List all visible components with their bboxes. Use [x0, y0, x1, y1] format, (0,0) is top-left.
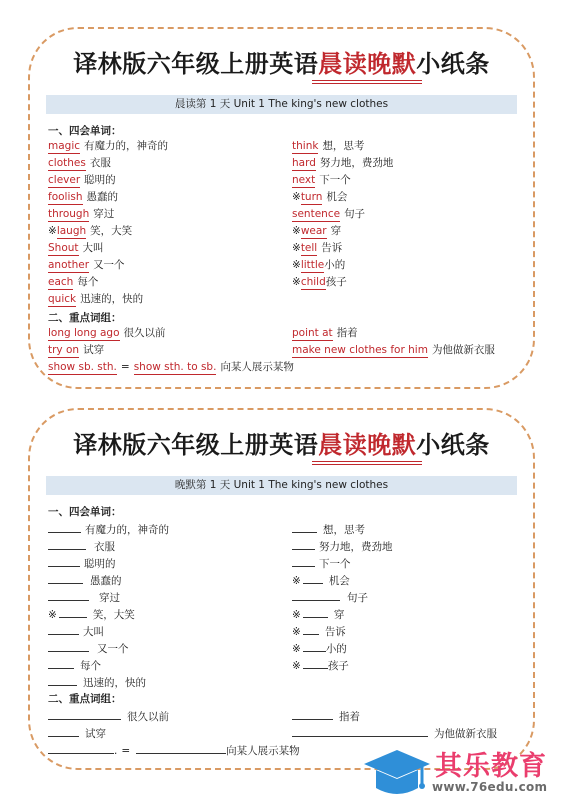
blank-item: 很久以前	[48, 708, 169, 724]
chinese-meaning: 孩子	[328, 660, 349, 672]
vocab-item: ※little小的	[292, 259, 345, 272]
vocab-item: hard努力地，费劲地	[292, 157, 393, 170]
section-vocabulary-heading: 一、四会单词：	[48, 504, 122, 519]
answer-blank[interactable]	[292, 708, 333, 720]
key-mark-icon: ※	[48, 609, 57, 621]
answer-blank[interactable]	[136, 742, 226, 754]
chinese-meaning: 机会	[329, 575, 350, 587]
english-word: clothes	[48, 157, 86, 171]
answer-blank[interactable]	[292, 725, 428, 737]
key-mark-icon: ※	[292, 225, 301, 237]
chinese-meaning: 聪明的	[84, 558, 116, 570]
blank-item: 衣服	[48, 538, 115, 554]
chinese-meaning: 愚蠢的	[90, 575, 122, 587]
english-phrase: make new clothes for him	[292, 344, 428, 358]
key-mark-icon: ※	[292, 660, 301, 672]
chinese-meaning: 为他做新衣服	[432, 344, 495, 356]
section-phrases-heading: 二、重点词组：	[48, 691, 122, 706]
chinese-meaning: 努力地，费劲地	[319, 541, 393, 553]
blank-item: 聪明的	[48, 555, 116, 571]
equals-sign: =	[121, 361, 130, 373]
answer-blank[interactable]	[303, 657, 328, 669]
phrase-item: point at指着	[292, 327, 358, 340]
vocab-item: ※tell告诉	[292, 242, 342, 255]
watermark-logo: 其乐教育 www.76edu.com	[362, 744, 562, 800]
english-word: little	[301, 259, 324, 273]
vocab-item: another又一个	[48, 259, 125, 272]
key-mark-icon: ※	[292, 191, 301, 203]
vocab-item: think想，思考	[292, 140, 364, 153]
chinese-meaning: 愚蠢的	[87, 191, 119, 203]
blank-item: 穿过	[48, 589, 120, 605]
vocab-item: ※child孩子	[292, 276, 347, 289]
answer-blank[interactable]	[59, 606, 87, 618]
blank-item: 努力地，费劲地	[292, 538, 393, 554]
english-phrase: long long ago	[48, 327, 120, 341]
answer-blank[interactable]	[48, 742, 114, 754]
chinese-meaning: 笑，大笑	[93, 609, 135, 621]
chinese-meaning: 句子	[344, 208, 365, 220]
english-word: clever	[48, 174, 80, 188]
title-prefix: 译林版六年级上册英语	[73, 431, 318, 459]
chinese-meaning: 下一个	[319, 174, 351, 186]
blank-item: ※孩子	[292, 657, 349, 673]
blank-item: 迅速的，快的	[48, 674, 146, 690]
blank-item: ※笑，大笑	[48, 606, 135, 622]
key-mark-icon: ※	[292, 626, 301, 638]
phrase-item: try on试穿	[48, 344, 104, 357]
english-word: turn	[301, 191, 323, 205]
phrase-item: long long ago很久以前	[48, 327, 166, 340]
blank-item: 愚蠢的	[48, 572, 122, 588]
key-mark-icon: ※	[292, 575, 301, 587]
chinese-meaning: 向某人展示某物	[226, 745, 300, 757]
blank-item: 又一个	[48, 640, 129, 656]
english-phrase: try on	[48, 344, 79, 358]
blank-item: ※小的	[292, 640, 347, 656]
equals-sign: =	[121, 745, 130, 757]
english-word: foolish	[48, 191, 83, 205]
answer-blank[interactable]	[48, 674, 77, 686]
english-word: through	[48, 208, 89, 222]
chinese-meaning: 小的	[324, 259, 345, 271]
graduation-cap-icon	[362, 746, 432, 800]
key-mark-icon: ※	[48, 225, 57, 237]
chinese-meaning: 试穿	[83, 344, 104, 356]
vocab-item: through穿过	[48, 208, 114, 221]
chinese-meaning: 衣服	[90, 157, 111, 169]
answer-blank[interactable]	[48, 657, 74, 669]
chinese-meaning: 有魔力的，神奇的	[84, 140, 168, 152]
evening-dictation-card: 译林版六年级上册英语晨读晚默小纸条 晚默第 1 天 Unit 1 The kin…	[28, 408, 535, 770]
english-word: Shout	[48, 242, 79, 256]
english-word: magic	[48, 140, 80, 154]
title-prefix: 译林版六年级上册英语	[73, 50, 318, 78]
key-mark-icon: ※	[292, 242, 301, 254]
chinese-meaning: 大叫	[83, 242, 104, 254]
chinese-meaning: 聪明的	[84, 174, 116, 186]
chinese-meaning: 很久以前	[124, 327, 166, 339]
brand-url: www.76edu.com	[432, 780, 547, 794]
answer-blank[interactable]	[303, 623, 319, 635]
answer-blank[interactable]	[303, 640, 326, 652]
answer-blank[interactable]	[48, 623, 79, 635]
chinese-meaning: 想，思考	[323, 524, 365, 536]
english-word: sentence	[292, 208, 340, 222]
chinese-meaning: 机会	[326, 191, 347, 203]
blank-item: 句子	[292, 589, 368, 605]
answer-blank[interactable]	[292, 555, 315, 567]
chinese-meaning: 穿	[331, 225, 342, 237]
blank-item: 指着	[292, 708, 360, 724]
chinese-meaning: 又一个	[97, 643, 129, 655]
title-suffix: 小纸条	[416, 431, 490, 459]
blank-item: 试穿	[48, 725, 106, 741]
chinese-meaning: 下一个	[319, 558, 351, 570]
english-phrase: show sb. sth.	[48, 361, 117, 375]
title-highlight: 晨读晚默	[318, 44, 416, 79]
card-title: 译林版六年级上册英语晨读晚默小纸条	[30, 425, 533, 460]
chinese-meaning: 句子	[347, 592, 368, 604]
vocab-item: sentence句子	[292, 208, 365, 221]
chinese-meaning: 很久以前	[127, 711, 169, 723]
day-unit-header: 晚默第 1 天 Unit 1 The king's new clothes	[46, 476, 517, 495]
vocab-item: ※laugh笑，大笑	[48, 225, 132, 238]
chinese-meaning: 大叫	[83, 626, 104, 638]
morning-reading-card: 译林版六年级上册英语晨读晚默小纸条 晨读第 1 天 Unit 1 The kin…	[28, 27, 535, 389]
title-suffix: 小纸条	[416, 50, 490, 78]
chinese-meaning: 迅速的，快的	[83, 677, 146, 689]
english-word: think	[292, 140, 318, 154]
phrase-item: show sb. sth.=show sth. to sb.向某人展示某物	[48, 361, 294, 374]
chinese-meaning: 笑，大笑	[90, 225, 132, 237]
answer-blank[interactable]	[48, 572, 83, 584]
english-word: tell	[301, 242, 317, 256]
vocab-item: magic有魔力的，神奇的	[48, 140, 168, 153]
chinese-meaning: 穿过	[93, 208, 114, 220]
english-word: quick	[48, 293, 76, 307]
blank-item: 想，思考	[292, 521, 365, 537]
english-phrase: show sth. to sb.	[134, 361, 217, 375]
chinese-meaning: 每个	[77, 276, 98, 288]
vocab-item: clothes衣服	[48, 157, 111, 170]
chinese-meaning: 为他做新衣服	[434, 728, 497, 740]
key-mark-icon: ※	[292, 643, 301, 655]
chinese-meaning: 有魔力的，神奇的	[85, 524, 169, 536]
answer-blank[interactable]	[48, 589, 89, 601]
english-word: next	[292, 174, 315, 188]
answer-blank[interactable]	[303, 606, 328, 618]
chinese-meaning: 穿过	[99, 592, 120, 604]
english-word: another	[48, 259, 89, 273]
phrase-item: make new clothes for him为他做新衣服	[292, 344, 495, 357]
blank-item: ※机会	[292, 572, 350, 588]
blank-item: 为他做新衣服	[292, 725, 497, 741]
english-phrase: point at	[292, 327, 333, 341]
blank-item: 每个	[48, 657, 101, 673]
chinese-meaning: 又一个	[93, 259, 125, 271]
chinese-meaning: 衣服	[94, 541, 115, 553]
chinese-meaning: 指着	[339, 711, 360, 723]
chinese-meaning: 试穿	[85, 728, 106, 740]
vocab-item: clever聪明的	[48, 174, 116, 187]
english-word: wear	[301, 225, 327, 239]
key-mark-icon: ※	[292, 259, 301, 271]
answer-blank[interactable]	[292, 521, 317, 533]
vocab-item: quick迅速的，快的	[48, 293, 143, 306]
blank-item: 下一个	[292, 555, 351, 571]
vocab-item: Shout大叫	[48, 242, 104, 255]
english-word: child	[301, 276, 326, 290]
chinese-meaning: 努力地，费劲地	[320, 157, 394, 169]
chinese-meaning: 每个	[80, 660, 101, 672]
blank-item: 大叫	[48, 623, 104, 639]
english-word: laugh	[57, 225, 86, 239]
chinese-meaning: 告诉	[325, 626, 346, 638]
blank-item: ※告诉	[292, 623, 346, 639]
blank-item: ※穿	[292, 606, 344, 622]
card-title: 译林版六年级上册英语晨读晚默小纸条	[30, 44, 533, 79]
vocab-item: ※turn机会	[292, 191, 347, 204]
vocab-item: each每个	[48, 276, 98, 289]
answer-blank[interactable]	[48, 555, 80, 567]
answer-blank[interactable]	[292, 589, 340, 601]
chinese-meaning: 告诉	[321, 242, 342, 254]
chinese-meaning: 指着	[337, 327, 358, 339]
answer-blank[interactable]	[48, 538, 86, 550]
english-word: hard	[292, 157, 316, 171]
key-mark-icon: ※	[292, 276, 301, 288]
day-unit-header: 晨读第 1 天 Unit 1 The king's new clothes	[46, 95, 517, 114]
answer-blank[interactable]	[292, 538, 315, 550]
vocab-item: next下一个	[292, 174, 351, 187]
blank-item: 有魔力的，神奇的	[48, 521, 169, 537]
blank-item: .=向某人展示某物	[48, 742, 300, 758]
title-highlight: 晨读晚默	[318, 425, 416, 460]
vocab-item: ※wear穿	[292, 225, 341, 238]
answer-blank[interactable]	[48, 521, 81, 533]
answer-blank[interactable]	[48, 708, 121, 720]
section-phrases-heading: 二、重点词组：	[48, 310, 122, 325]
answer-blank[interactable]	[48, 640, 89, 652]
section-vocabulary-heading: 一、四会单词：	[48, 123, 122, 138]
english-word: each	[48, 276, 73, 290]
chinese-meaning: 孩子	[326, 276, 347, 288]
chinese-meaning: 向某人展示某物	[220, 361, 294, 373]
answer-blank[interactable]	[303, 572, 323, 584]
chinese-meaning: 想，思考	[322, 140, 364, 152]
chinese-meaning: 小的	[326, 643, 347, 655]
chinese-meaning: 迅速的，快的	[80, 293, 143, 305]
answer-blank[interactable]	[48, 725, 79, 737]
chinese-meaning: 穿	[334, 609, 345, 621]
vocab-item: foolish愚蠢的	[48, 191, 118, 204]
key-mark-icon: ※	[292, 609, 301, 621]
brand-name: 其乐教育	[435, 744, 547, 783]
period: .	[114, 745, 117, 757]
